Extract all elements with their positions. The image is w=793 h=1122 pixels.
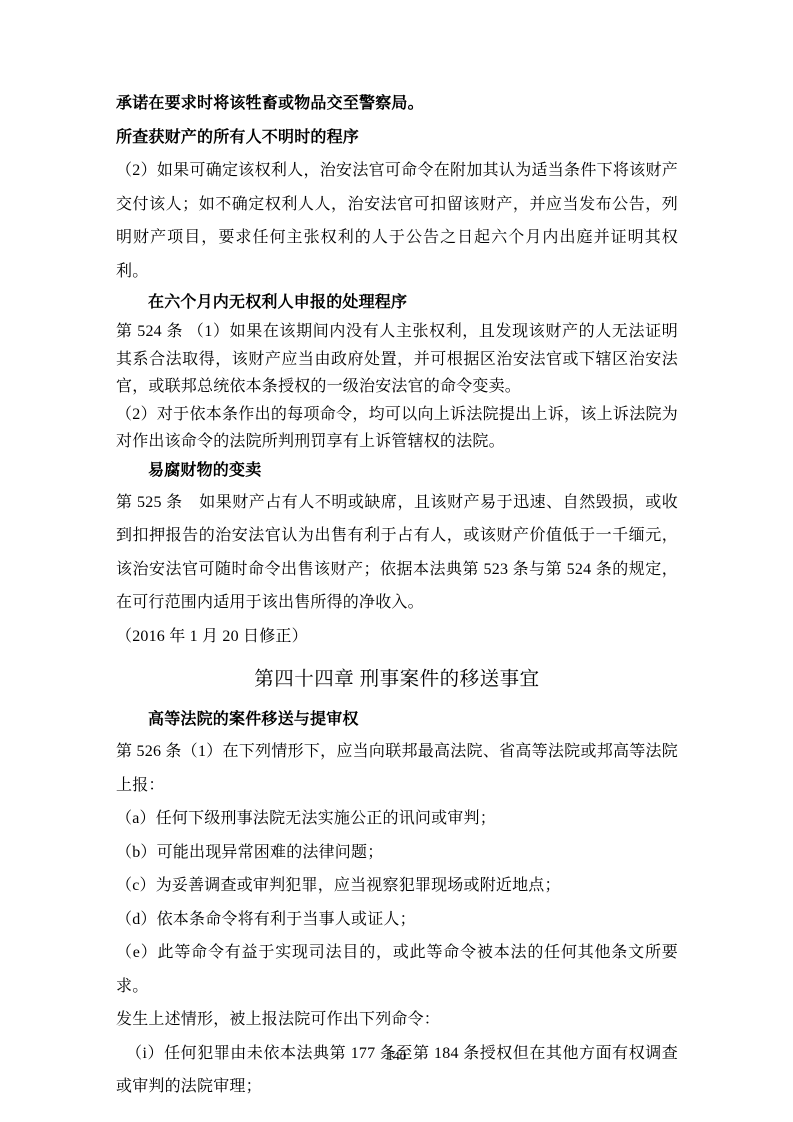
list-item-526-e: （e）此等命令有益于实现司法目的，或此等命令被本法的任何其他条文所要求。 bbox=[116, 936, 678, 1003]
chapter-heading: 第四十四章 刑事案件的移送事宜 bbox=[116, 667, 678, 693]
list-item-526-a: （a）任何下级刑事法院无法实施公正的讯问或审判； bbox=[116, 802, 678, 836]
list-item-526-i: （i）任何犯罪由未依本法典第 177 条至第 184 条授权但在其他方面有权调查… bbox=[116, 1037, 678, 1104]
section-heading-unknown-owner: 所查获财产的所有人不明时的程序 bbox=[116, 121, 678, 155]
paragraph-525: 第 525 条 如果财产占有人不明或缺席，且该财产易于迅速、自然毁损，或收到扣押… bbox=[116, 486, 678, 620]
amendment-note: （2016 年 1 月 20 日修正） bbox=[116, 620, 678, 654]
carryover-paragraph: 承诺在要求时将该牲畜或物品交至警察局。 bbox=[116, 87, 678, 121]
section-heading-perishable: 易腐财物的变卖 bbox=[116, 456, 678, 486]
paragraph-526-follow: 发生上述情形，被上报法院可作出下列命令： bbox=[116, 1003, 678, 1037]
paragraph-524-1: 第 524 条 （1）如果在该期间内没有人主张权利，且发现该财产的人无法证明其系… bbox=[116, 318, 678, 401]
list-item-526-c: （c）为妥善调查或审判犯罪，应当视察犯罪现场或附近地点； bbox=[116, 869, 678, 903]
list-item-526-b: （b）可能出现异常困难的法律问题； bbox=[116, 836, 678, 870]
document-page: 承诺在要求时将该牲畜或物品交至警察局。 所查获财产的所有人不明时的程序 （2）如… bbox=[0, 0, 793, 1122]
page-content: 承诺在要求时将该牲畜或物品交至警察局。 所查获财产的所有人不明时的程序 （2）如… bbox=[116, 87, 678, 1104]
section-heading-no-claimant: 在六个月内无权利人申报的处理程序 bbox=[116, 288, 678, 318]
page-number: 140 bbox=[0, 1048, 793, 1064]
paragraph-524-2: （2）对于依本条作出的每项命令，均可以向上诉法院提出上诉，该上诉法院为对作出该命… bbox=[116, 401, 678, 456]
section-heading-high-court: 高等法院的案件移送与提审权 bbox=[116, 705, 678, 735]
paragraph-526-1: 第 526 条（1）在下列情形下，应当向联邦最高法院、省高等法院或邦高等法院上报… bbox=[116, 735, 678, 802]
paragraph-sub2: （2）如果可确定该权利人，治安法官可命令在附加其认为适当条件下将该财产交付该人；… bbox=[116, 154, 678, 288]
list-item-526-d: （d）依本条命令将有利于当事人或证人； bbox=[116, 903, 678, 937]
